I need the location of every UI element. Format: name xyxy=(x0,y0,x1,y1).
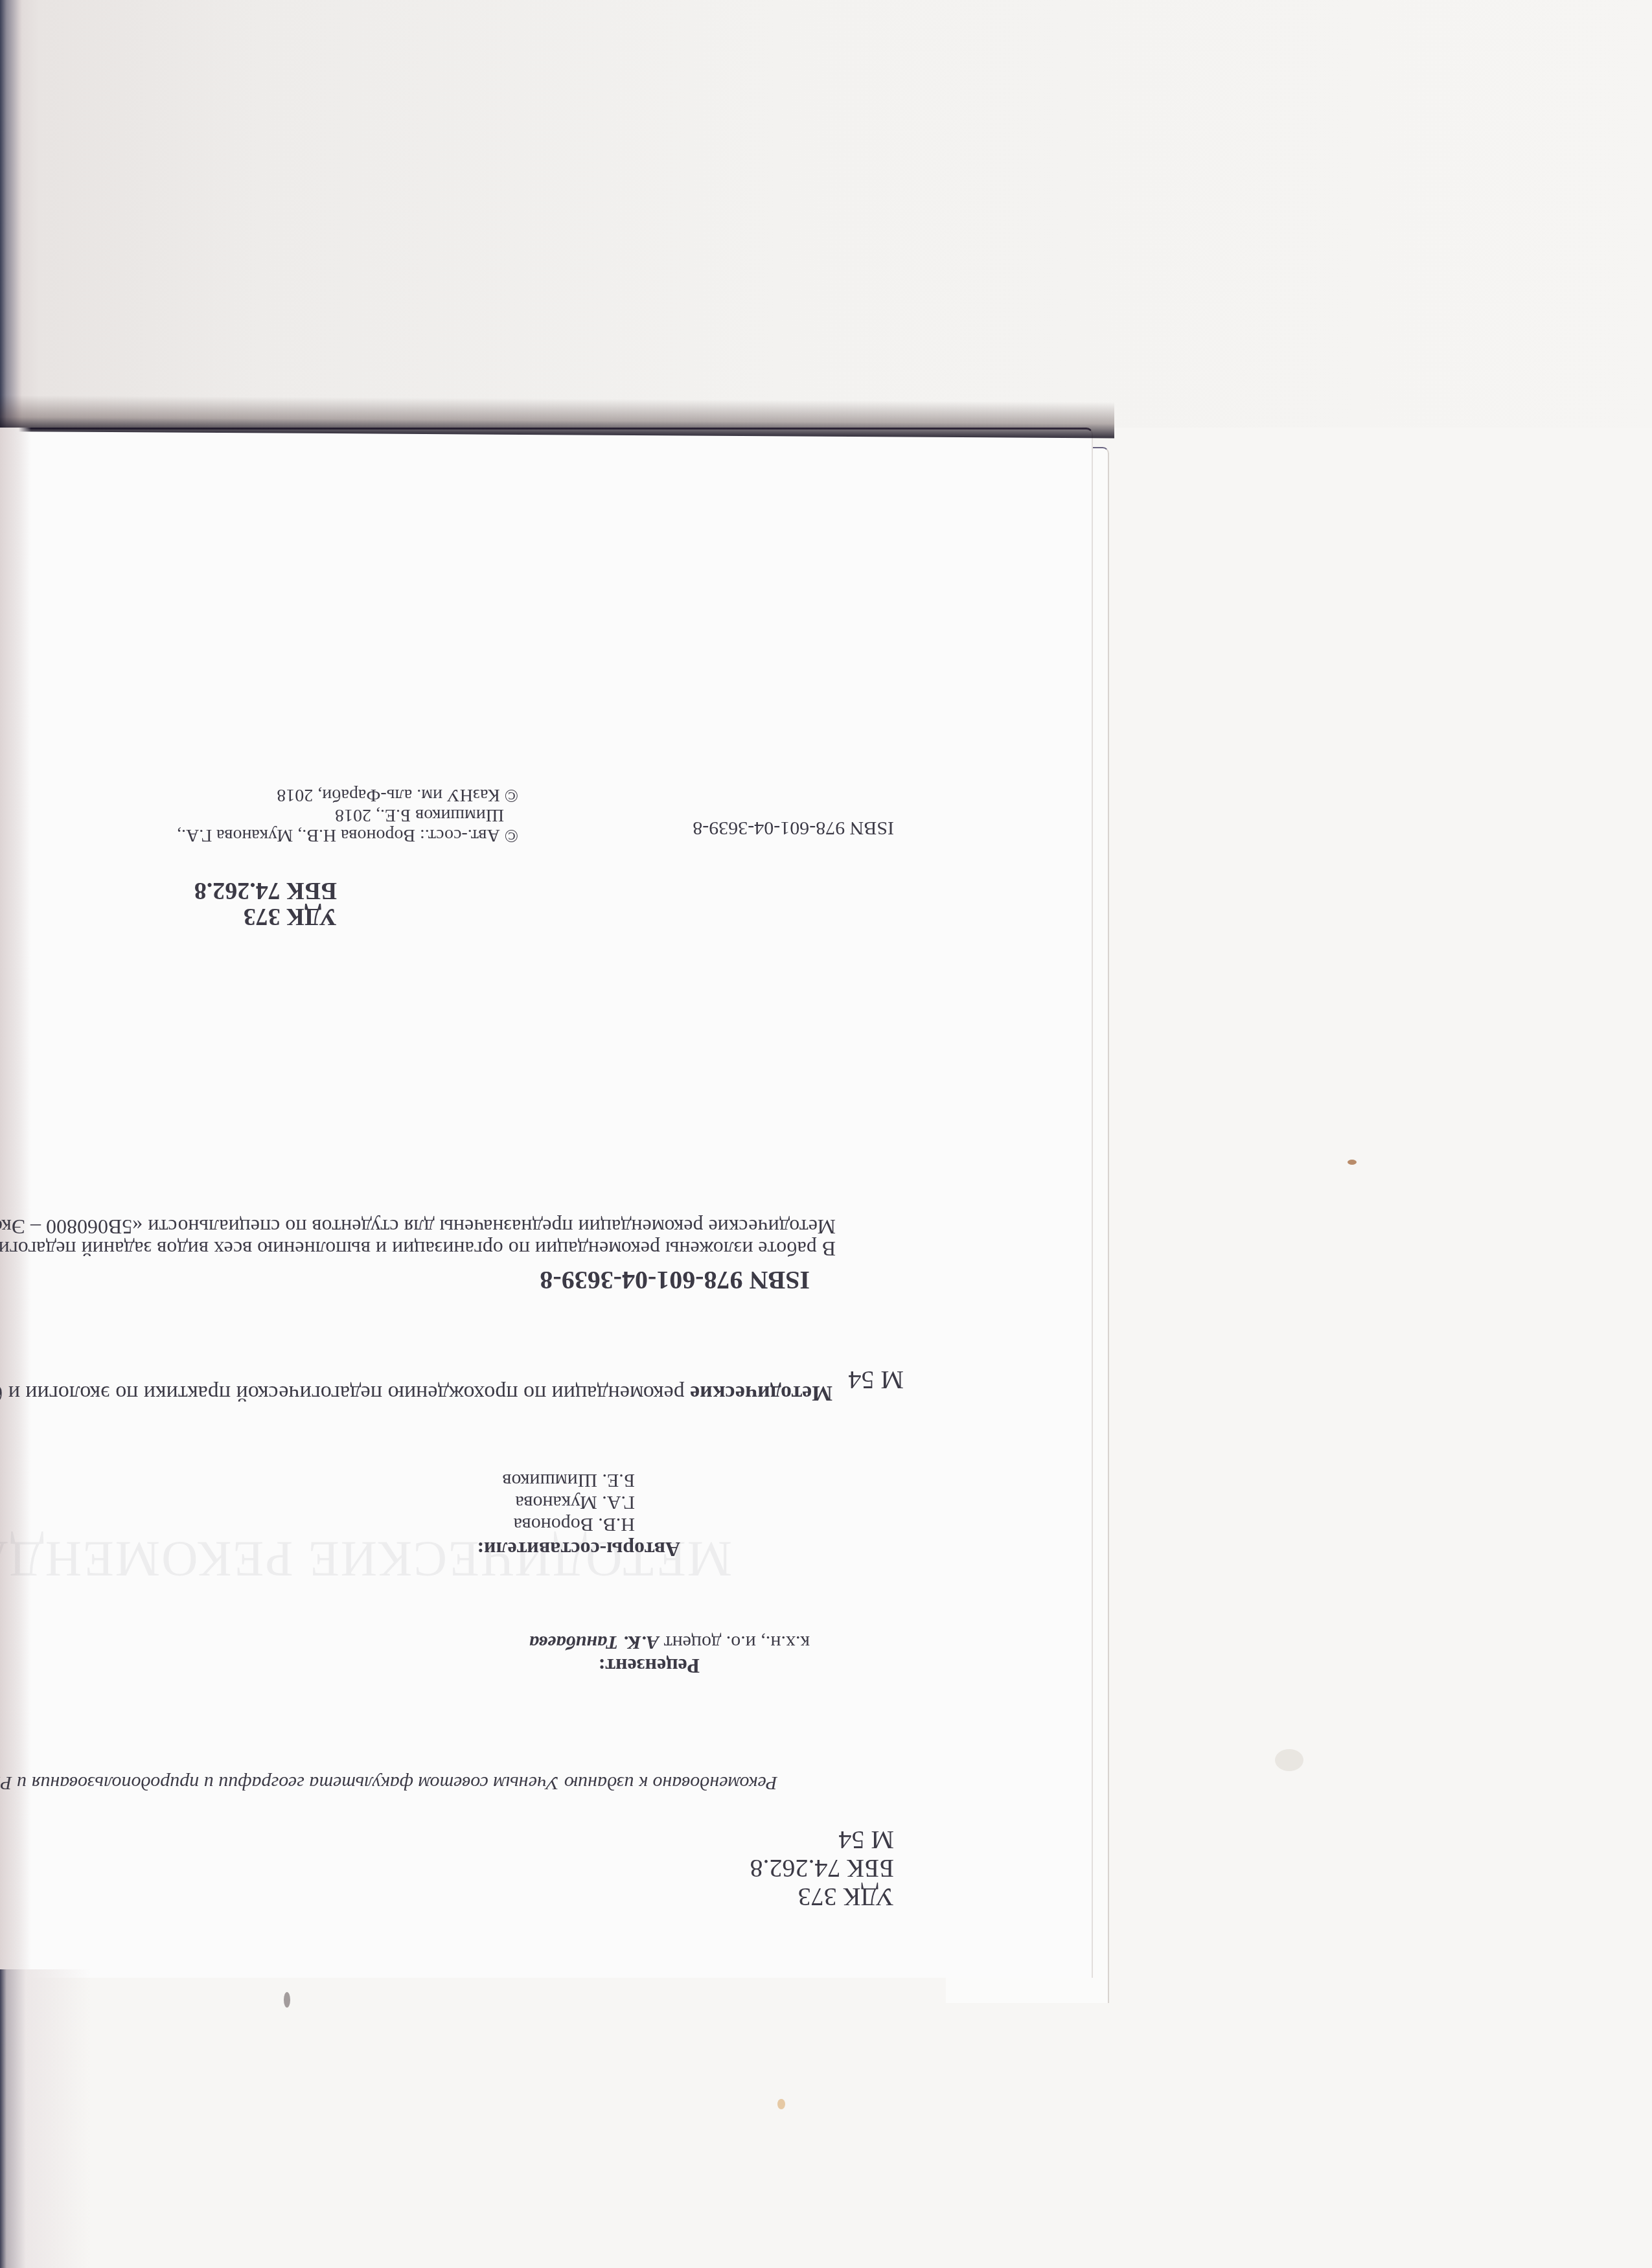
printed-page-content: МЕТОДИЧЕСКИЕ РЕКОМЕНДАЦИИ ПО ПРОХОЖДЕНИЮ… xyxy=(78,441,894,1950)
scan-speck xyxy=(1348,1160,1357,1165)
copyright-line: © КазНУ им. аль-Фараби, 2018 xyxy=(177,785,518,805)
catalog-isbn: ISBN 978-601-04-3639-8 xyxy=(540,1265,810,1296)
scan-speck xyxy=(1275,1749,1303,1771)
authors-label: Авторы-составители: xyxy=(477,1537,680,1561)
footer-udk: УДК 373 xyxy=(194,904,337,930)
copyright-line: Шимшиков Б.Е., 2018 xyxy=(177,805,518,825)
scan-speck xyxy=(777,2099,785,2109)
scan-speck xyxy=(284,1992,290,2008)
abstract-paragraph: Методические рекомендации предназначены … xyxy=(78,1216,875,1238)
footer-bbk: ББК 74.262.8 xyxy=(194,878,337,904)
catalog-text: рекомендации по прохождению педагогическ… xyxy=(0,1381,685,1405)
abstract: В работе изложены рекомендации по органи… xyxy=(78,1216,875,1260)
reviewer-credentials: к.х.н., и.о. доцент xyxy=(664,1632,810,1653)
author-name: Н.В. Воронова xyxy=(502,1513,635,1535)
classification-block: УДК 373 ББК 74.262.8 М 54 xyxy=(750,1826,894,1911)
publication-recommendation: Рекомендовано к изданию Ученым советом ф… xyxy=(285,1772,777,1794)
scanner-edge-lower xyxy=(0,1969,91,2268)
abstract-paragraph: В работе изложены рекомендации по органи… xyxy=(78,1238,875,1260)
author-name: Г.А. Муканова xyxy=(502,1491,635,1513)
reviewer-name: А.К. Танибаева xyxy=(529,1632,659,1653)
udk-code: УДК 373 xyxy=(750,1883,894,1911)
sheet-binding-shade xyxy=(0,428,31,1976)
footer-classification: УДК 373 ББК 74.262.8 xyxy=(194,878,337,930)
catalog-code: М 54 xyxy=(848,1365,904,1395)
copyright-line: © Авт.-сост.: Воронова Н.В., Муканова Г.… xyxy=(177,825,518,845)
author-name: Б.Е. Шимшиков xyxy=(502,1469,635,1491)
bbk-code: ББК 74.262.8 xyxy=(750,1854,894,1883)
reviewer-label: Рецензент: xyxy=(599,1654,700,1678)
catalog-title-bold: Методические xyxy=(690,1381,832,1405)
sheet-top-shadow xyxy=(0,395,1114,439)
catalog-entry: Методические рекомендации по прохождению… xyxy=(68,1380,832,1406)
copyright-block: © Авт.-сост.: Воронова Н.В., Муканова Г.… xyxy=(177,785,518,845)
footer-isbn: ISBN 978-601-04-3639-8 xyxy=(693,817,894,839)
reviewer: к.х.н., и.о. доцент А.К. Танибаева xyxy=(529,1631,810,1653)
background-sheet-top xyxy=(0,0,1652,428)
author-mark: М 54 xyxy=(750,1826,894,1854)
authors-list: Н.В. Воронова Г.А. Муканова Б.Е. Шимшико… xyxy=(502,1469,635,1535)
